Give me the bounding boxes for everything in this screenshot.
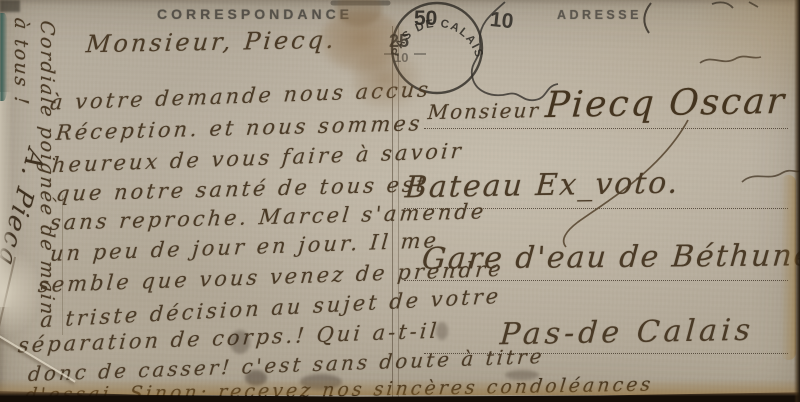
aging-stain-top-right: [690, 0, 800, 110]
postmark-value-50: 50: [414, 7, 437, 30]
address-line: Pas-de Calais: [499, 313, 755, 352]
scan-background-sliver: [0, 13, 8, 101]
ink-smudge: [230, 330, 250, 354]
postmark-value-10: 10: [489, 8, 515, 33]
postmark-date-day: 25: [389, 31, 409, 51]
address-recipient-prefix: Monsieur: [427, 98, 541, 124]
postcard-photo: CORRESPONDANCE ADRESSE PAS DE CALAIS 50 …: [0, 0, 800, 402]
address-line: Gare d'eau de Béthune: [421, 238, 800, 276]
message-salutation: Monsieur, Piecq.: [85, 26, 338, 58]
postmark-date-month: 10: [394, 50, 408, 65]
photo-edge-right: [794, 0, 800, 402]
dark-edge-top-left: [0, 0, 20, 12]
torn-edge-left: [0, 92, 12, 307]
ink-smudge: [436, 322, 448, 340]
pen-paren-mark: [644, 3, 651, 33]
aging-stain-bottom: [0, 379, 800, 395]
address-line: Bateau Ex_voto.: [404, 166, 681, 206]
